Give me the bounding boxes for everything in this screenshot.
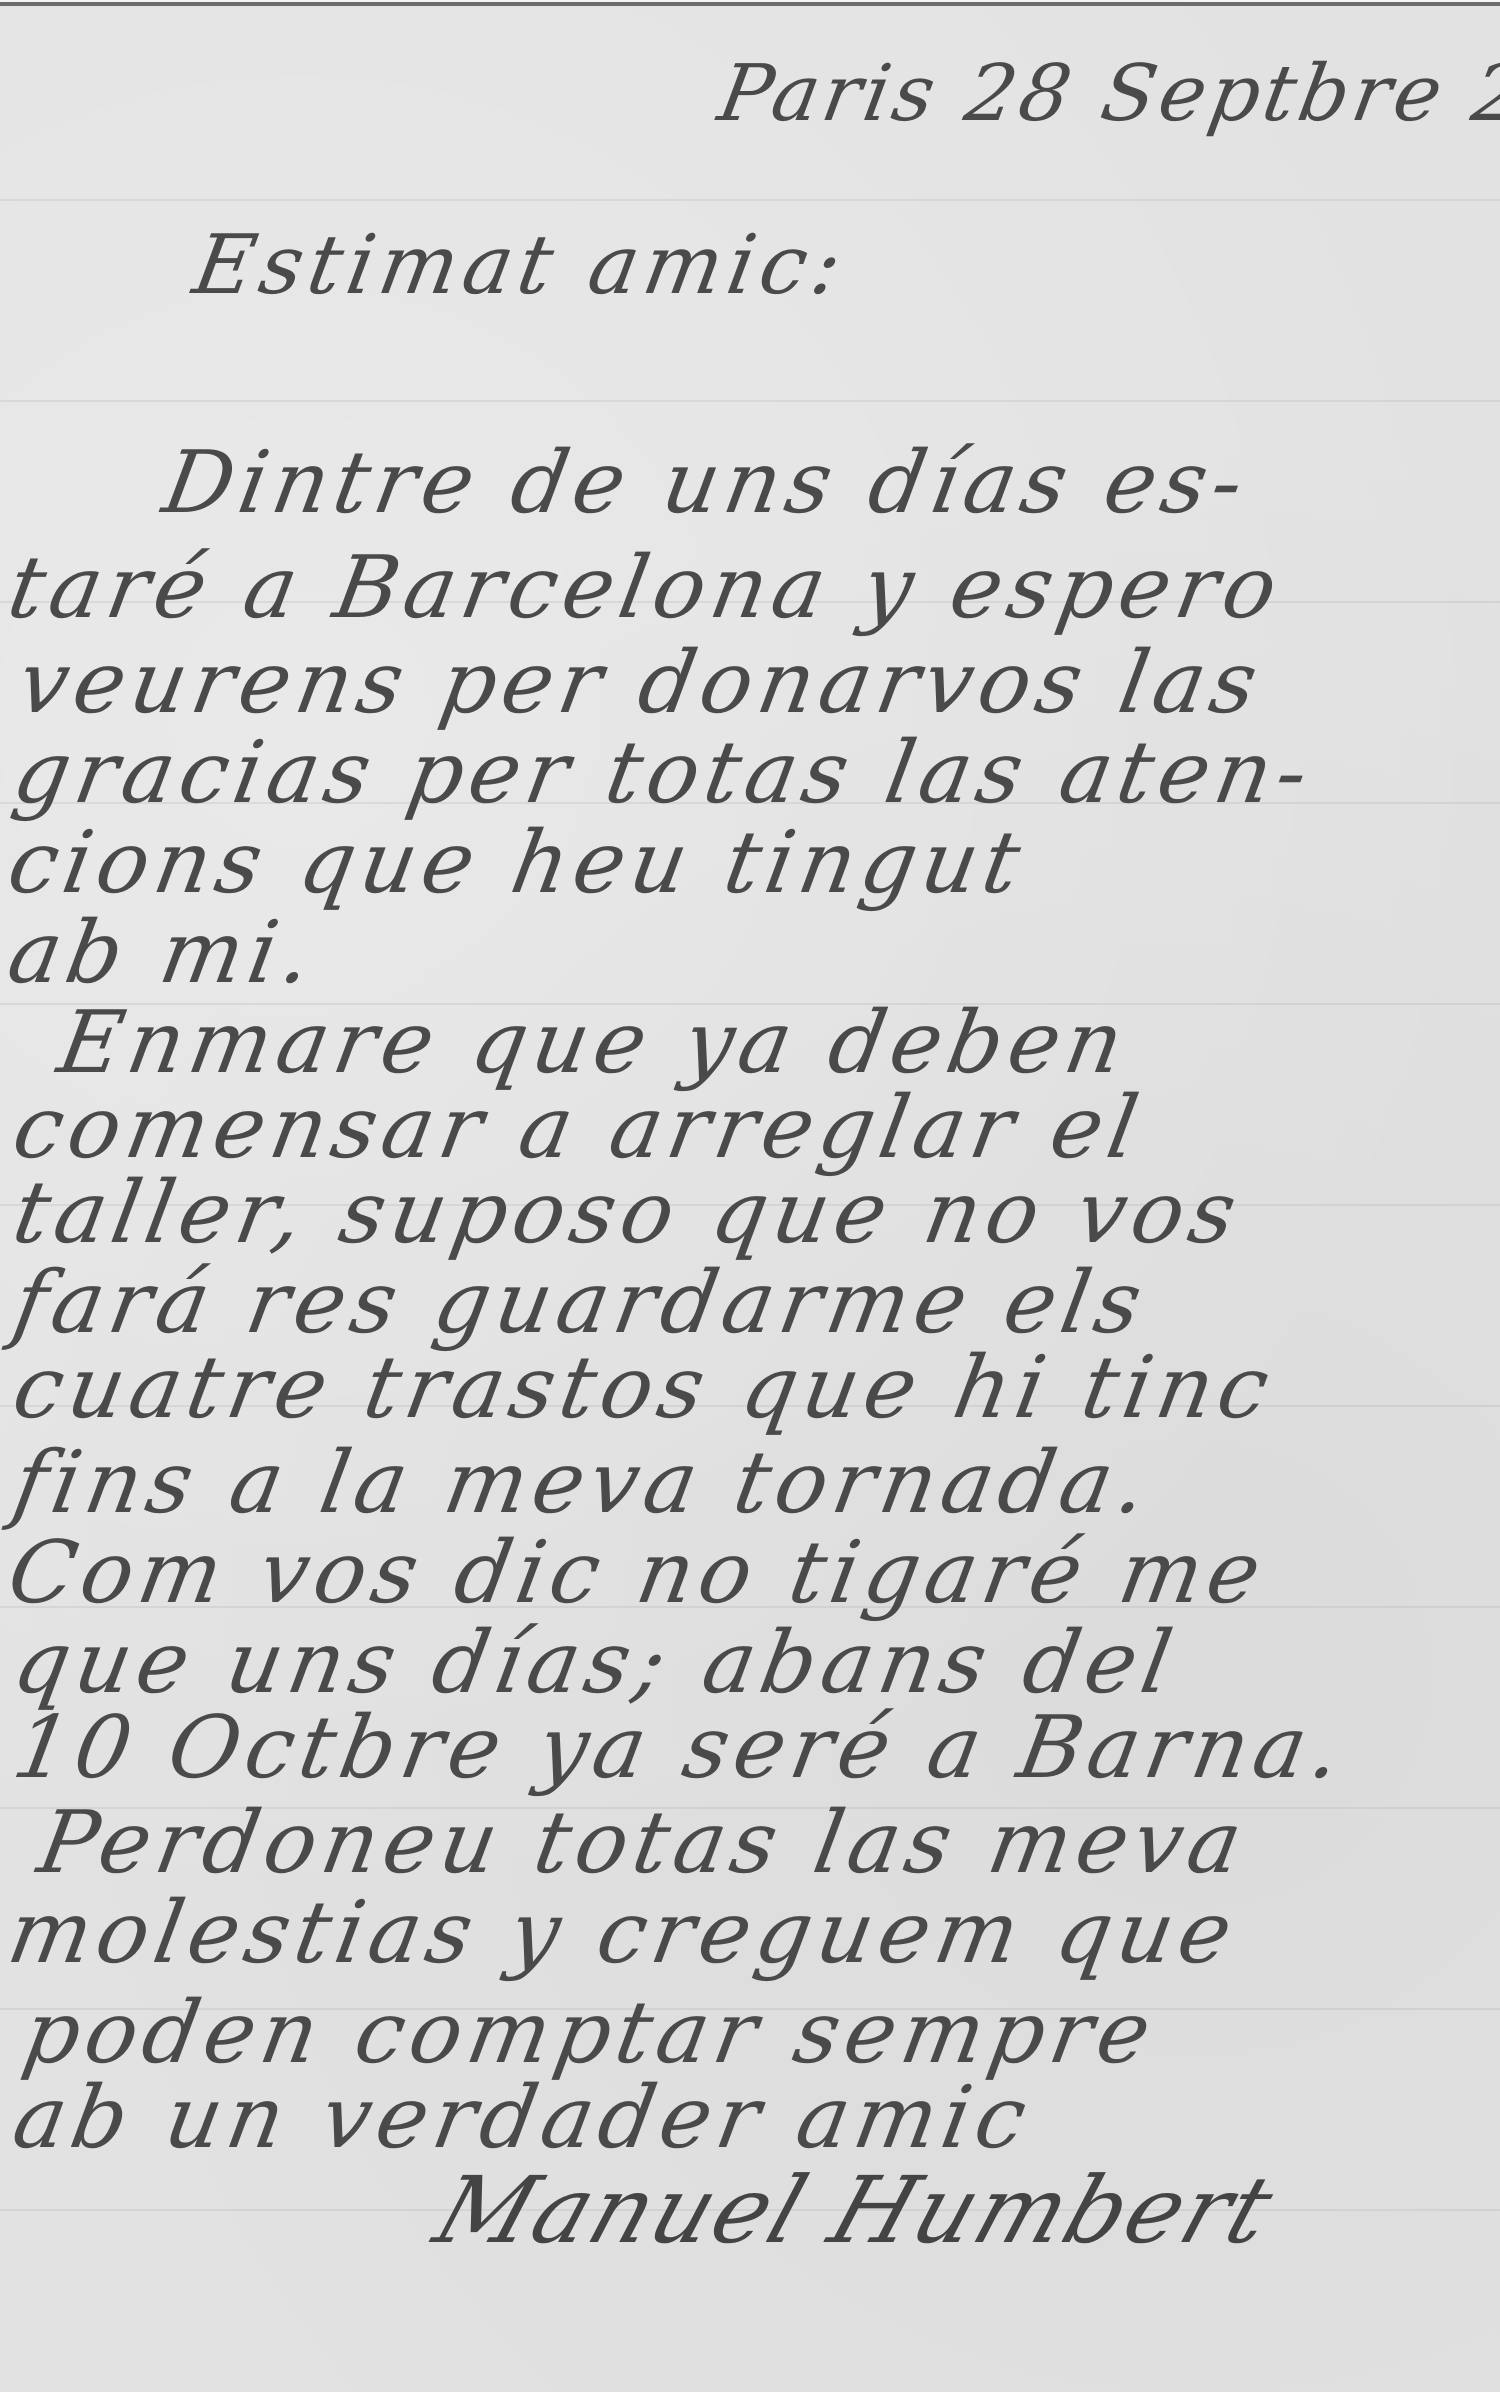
body-line: fins a la meva tornada. — [7, 1440, 1158, 1526]
body-line: que uns días; abans del — [7, 1620, 1183, 1706]
signature: Manuel Humbert — [425, 2165, 1285, 2257]
place-date: Paris 28 Septbre 28 — [713, 55, 1500, 133]
body-line: Com vos dic no tigaré me — [2, 1530, 1272, 1616]
body-line: Enmare que ya deben — [52, 1000, 1135, 1086]
body-line: gracias per totas las aten- — [7, 730, 1319, 816]
salutation: Estimat amic: — [188, 225, 854, 307]
body-line: Perdoneu totas las meva — [32, 1800, 1253, 1886]
body-line: cions que heu tingut — [2, 820, 1032, 906]
body-line: molestias y creguem que — [2, 1890, 1243, 1976]
body-line: ab mi. — [2, 910, 323, 996]
body-line: poden comptar sempre — [17, 1990, 1162, 2076]
body-line: ab un verdader amic — [7, 2075, 1038, 2161]
body-line: Dintre de uns días es- — [157, 440, 1255, 526]
body-line: veurens per donarvos las — [12, 640, 1269, 726]
paper-top-edge — [0, 0, 1500, 6]
body-line: comensar a arreglar el — [7, 1085, 1149, 1171]
body-line: taré a Barcelona y espero — [2, 545, 1289, 631]
body-line: taller, suposo que no vos — [7, 1170, 1248, 1256]
letter-page: Paris 28 Septbre 28 Estimat amic: Dintre… — [0, 0, 1500, 2392]
body-line: 10 Octbre ya seré a Barna. — [7, 1705, 1352, 1791]
body-line: fará res guardarme els — [7, 1260, 1153, 1346]
body-line: cuatre trastos que hi tinc — [7, 1345, 1280, 1431]
